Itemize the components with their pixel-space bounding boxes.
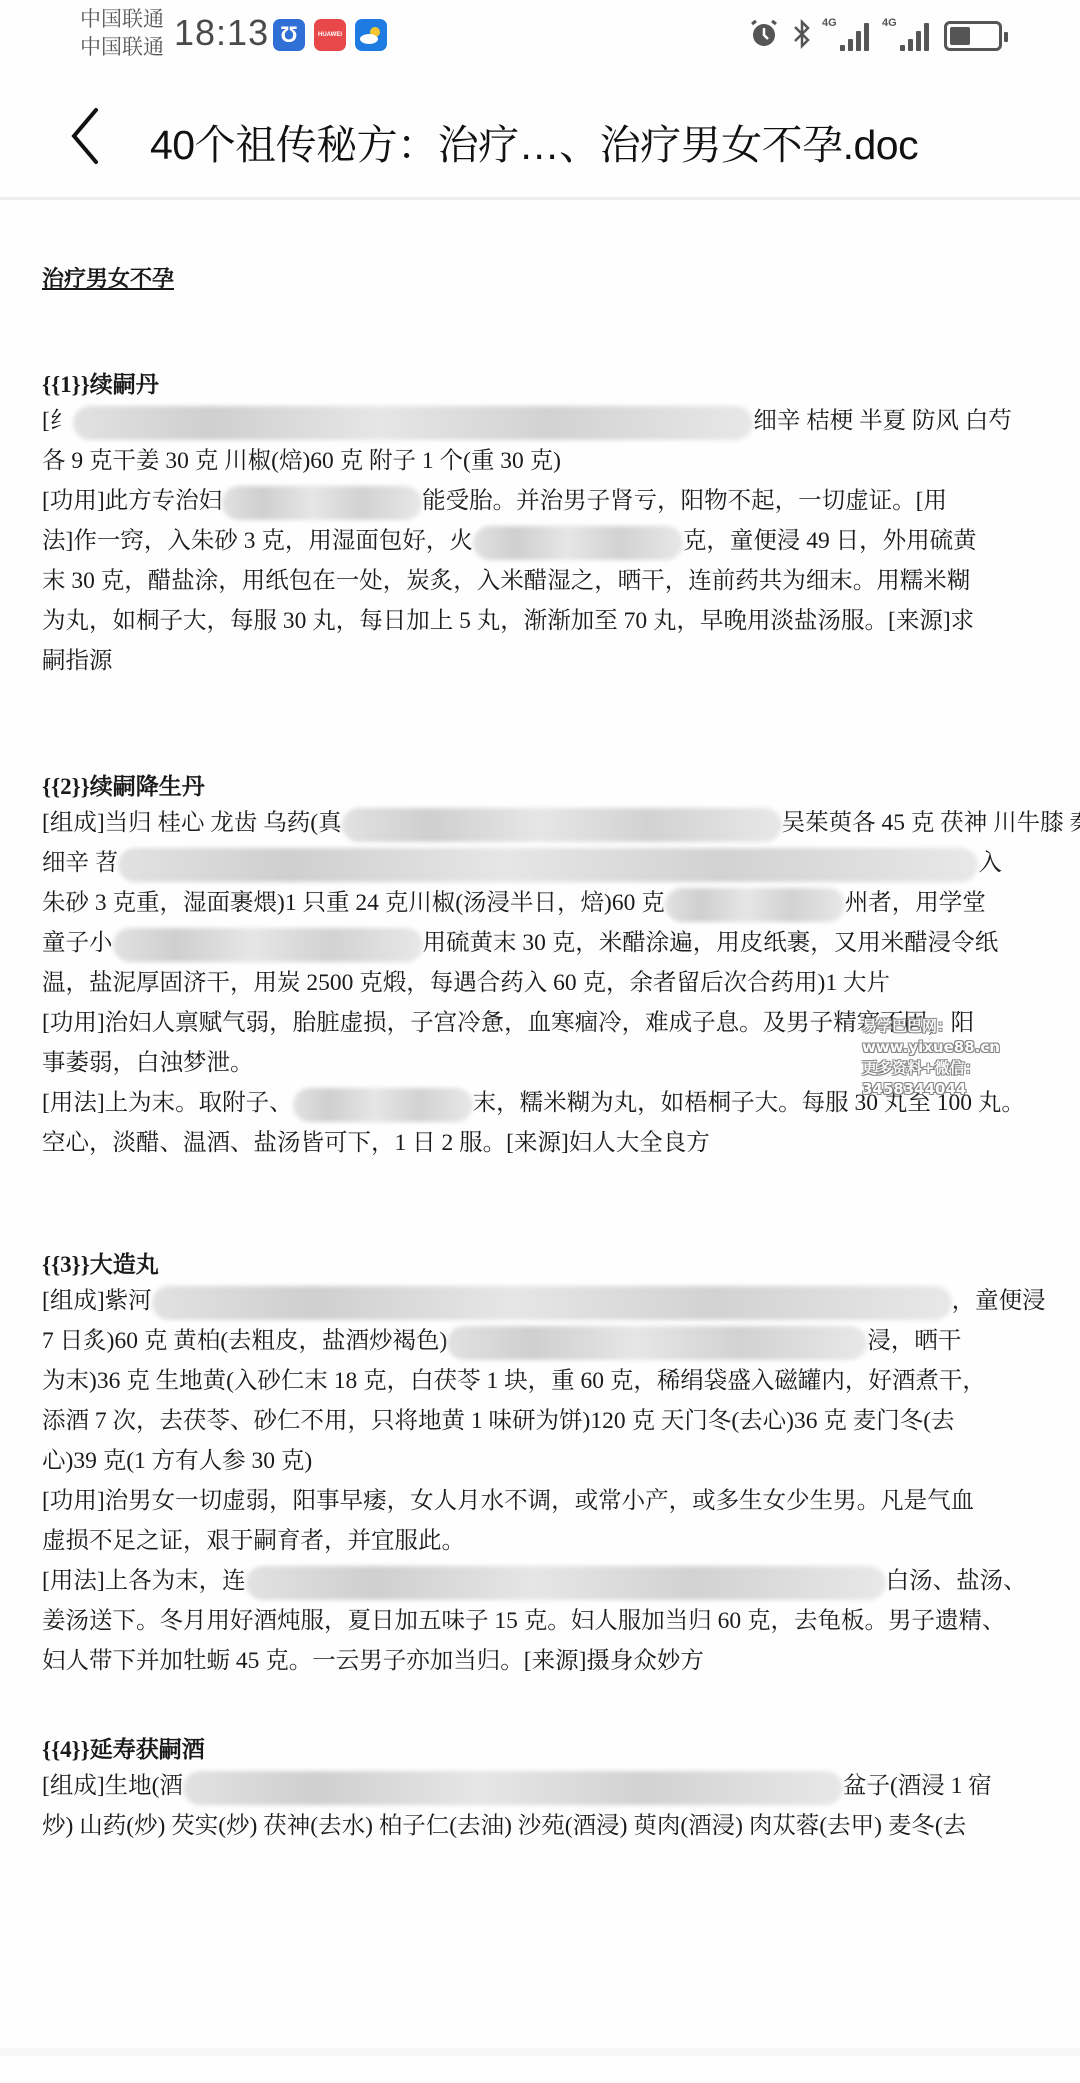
section-title: {{1}}续嗣丹 — [42, 365, 159, 405]
redacted-region — [473, 526, 683, 560]
text-line: 嗣指源 — [42, 641, 113, 681]
watermark: 易学巴巴网：www.yixue88.cn 更多资料+微信：3458344044 — [862, 1016, 1080, 1100]
signal-4g-2-icon: 4G — [884, 21, 932, 51]
back-button[interactable] — [62, 104, 116, 168]
clock: 18:13 — [174, 12, 269, 54]
text-line: 朱砂 3 克重，湿面裹煨)1 只重 24 克川椒(汤浸半日，焙)60 克州者，用… — [42, 883, 986, 923]
text-line: [功用]此方专治妇能受胎。并治男子肾亏，阳物不起，一切虚证。[用 — [42, 481, 947, 521]
redacted-region — [118, 848, 978, 882]
u-app-icon: Ʊ — [273, 19, 305, 51]
redacted-region — [113, 928, 423, 962]
redacted-region — [293, 1088, 473, 1122]
carrier-2: 中国联通 — [80, 34, 164, 62]
redacted-region — [447, 1326, 867, 1360]
text-line: [用法]上各为末，连白汤、盐汤、 — [42, 1561, 1027, 1601]
text-line: 事萎弱，白浊梦泄。 — [42, 1043, 254, 1083]
text-line: 为末)36 克 生地黄(入砂仁末 18 克，白茯苓 1 块，重 60 克，稀绢袋… — [42, 1361, 986, 1401]
text-line: 为丸，如桐子大，每服 30 丸，每日加上 5 丸，渐渐加至 70 丸，早晚用淡盐… — [42, 601, 974, 641]
carrier-labels: 中国联通 中国联通 — [80, 6, 164, 62]
text-line: 妇人带下并加牡蛎 45 克。一云男子亦加当归。[来源]摄身众妙方 — [42, 1641, 704, 1681]
chevron-left-icon — [62, 104, 116, 168]
bluetooth-icon — [792, 18, 812, 55]
redacted-region — [342, 808, 782, 842]
redacted-region — [665, 888, 845, 922]
app-header: 40个祖传秘方：治疗…、治疗男女不孕.doc — [0, 76, 1080, 200]
text-line: 姜汤送下。冬月用好酒炖服，夏日加五味子 15 克。妇人服加当归 60 克，去龟板… — [42, 1601, 1006, 1641]
redacted-region — [183, 1771, 843, 1805]
text-line: 心)39 克(1 方有人参 30 克) — [42, 1441, 312, 1481]
text-line: 温，盐泥厚固济干，用炭 2500 克煅，每遇合药入 60 克，余者留后次合药用)… — [42, 963, 890, 1003]
text-line: [功用]治妇人禀赋气弱，胎脏虚损，子宫冷惫，血寒痼冷，难成子息。及男子精寒不固，… — [42, 1003, 974, 1043]
text-line: 末 30 克，醋盐涂，用纸包在一处，炭炙，入米醋湿之，晒干，连前药共为细末。用糯… — [42, 561, 970, 601]
document-title: 40个祖传秘方：治疗…、治疗男女不孕.doc — [150, 112, 918, 171]
text-line: 细辛 苕入 — [42, 843, 1002, 883]
text-line: [组成]当归 桂心 龙齿 乌药(真吴茱萸各 45 克 茯神 川牛膝 秦艽 — [42, 803, 1080, 843]
alarm-icon — [748, 18, 780, 55]
text-line: [组成]生地(酒盆子(酒浸 1 宿 — [42, 1766, 992, 1806]
redacted-region — [73, 406, 753, 440]
bottom-edge — [0, 2048, 1080, 2056]
text-line: 童子小用硫黄末 30 克，米醋涂遍，用皮纸裹，又用米醋浸令纸 — [42, 923, 998, 963]
section-title: {{4}}延寿获嗣酒 — [42, 1730, 205, 1770]
redacted-region — [222, 486, 422, 520]
redacted-region — [152, 1286, 952, 1320]
carrier-1: 中国联通 — [80, 6, 164, 34]
text-line: 各 9 克干姜 30 克 川椒(焙)60 克 附子 1 个(重 30 克) — [42, 441, 561, 481]
text-line: [组成]紫河，童便浸 — [42, 1281, 1046, 1321]
text-line: 法]作一窍，入朱砂 3 克，用湿面包好，火克，童便浸 49 日，外用硫黄 — [42, 521, 977, 561]
status-bar: 中国联通 中国联通 18:13 Ʊ HUAWEI 4G 4G — [0, 0, 1080, 76]
document-heading: 治疗男女不孕 — [42, 262, 174, 293]
section-title: {{3}}大造丸 — [42, 1245, 159, 1285]
redacted-region — [246, 1566, 886, 1600]
signal-4g-1-icon: 4G — [824, 21, 872, 51]
weather-icon — [355, 19, 387, 51]
text-line: 添酒 7 次，去茯苓、砂仁不用，只将地黄 1 味研为饼)120 克 天门冬(去心… — [42, 1401, 955, 1441]
battery-icon — [944, 21, 1002, 51]
text-line: [纟细辛 桔梗 半夏 防风 白芍 — [42, 401, 1012, 441]
text-line: 空心，淡醋、温酒、盐汤皆可下，1 日 2 服。[来源]妇人大全良方 — [42, 1123, 710, 1163]
text-line: 炒) 山药(炒) 芡实(炒) 茯神(去水) 柏子仁(去油) 沙苑(酒浸) 萸肉(… — [42, 1806, 966, 1846]
huawei-appgallery-icon: HUAWEI — [314, 19, 346, 51]
text-line: 虚损不足之证，艰于嗣育者，并宜服此。 — [42, 1521, 465, 1561]
text-line: [功用]治男女一切虚弱，阳事早痿，女人月水不调，或常小产，或多生女少生男。凡是气… — [42, 1481, 974, 1521]
section-title: {{2}}续嗣降生丹 — [42, 767, 205, 807]
system-icons: 4G 4G — [748, 18, 1002, 54]
text-line: 7 日炙)60 克 黄柏(去粗皮，盐酒炒褐色)浸，晒干 — [42, 1321, 961, 1361]
